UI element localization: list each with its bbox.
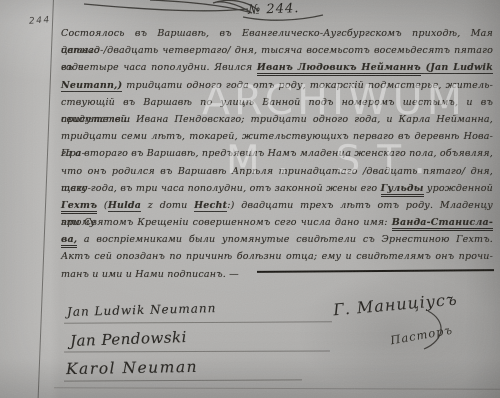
manuscript-line: въ четыре часа пополудни. Явился Иванъ Л… [61, 59, 493, 76]
manuscript-text: танъ и ими и Нами подписанъ. — [61, 269, 239, 280]
manuscript-body: Состоялось въ Варшавѣ, въ Евангелическо-… [61, 25, 493, 283]
underlined-name: Ванда-Станисла- [392, 217, 493, 231]
signature-witness-1: Jan Pendowski [70, 328, 187, 350]
manuscript-text: Актъ сей опозданъ по причинѣ болѣзни отц… [61, 251, 493, 262]
bottom-ruled-line [54, 387, 500, 390]
manuscript-text: а воспріемниками были упомянутые свидѣте… [77, 234, 493, 245]
manuscript-line: Состоялось въ Варшавѣ, въ Евангелическо-… [61, 25, 493, 42]
document-photo: 244 № 244. Состоялось въ Варшавѣ, въ Ева… [0, 0, 500, 398]
manuscript-line: Актъ сей опозданъ по причинѣ болѣзни отц… [61, 248, 493, 265]
manuscript-text: z domu [141, 200, 194, 211]
manuscript-line: Гехтъ (Hulda z domu Hecht:) двадцати тре… [61, 197, 493, 214]
signature-father: Jan Ludwik Neumann [67, 301, 217, 319]
manuscript-line: тридцати семи лѣтъ, токарей, жительствую… [61, 128, 493, 145]
manuscript-text: въ четыре часа пополудни. Явился [61, 62, 257, 73]
manuscript-text: тридцати одного года отъ роду, токарскій… [122, 80, 493, 91]
signature-pastor: Г. Маниціусъ [332, 290, 458, 320]
manuscript-text: щаго года, въ три часа пополудни, отъ за… [61, 183, 381, 194]
manuscript-text: при Святомъ Крещеніи совершенномъ сего ч… [61, 217, 392, 228]
manuscript-line: ва, а воспріемниками были упомянутые сви… [61, 231, 493, 248]
manuscript-line: Neumann,) тридцати одного года отъ роду,… [61, 77, 493, 94]
manuscript-line: танъ и ими и Нами подписанъ. — [61, 266, 493, 283]
signature-rule [64, 351, 330, 353]
manuscript-line: цатаго /двадцать четвертаго/ дня, тысяча… [61, 42, 493, 59]
margin-number: 244 [29, 15, 51, 26]
underlined-name: (Jan Ludwik [421, 62, 493, 74]
manuscript-text: ( [97, 200, 108, 211]
signature-witness-2: Karol Neuman [66, 358, 198, 378]
pastor-title: Пасторъ [389, 323, 454, 348]
underlined-name: Иванъ Людовикъ Нейманнъ [257, 62, 421, 76]
underlined-name: Neumann,) [61, 80, 122, 92]
underlined-name: Hecht [194, 200, 227, 212]
manuscript-text: свидѣтелей: Ивана Пендовскаго; тридцати … [61, 114, 493, 125]
signature-rule [64, 379, 302, 381]
manuscript-line: щаго года, въ три часа пополудни, отъ за… [61, 180, 493, 197]
manuscript-line: га а втораго въ Варшавѣ, предъявилъ Намъ… [61, 145, 493, 162]
manuscript-text: урожденной [424, 183, 493, 194]
underlined-name: ва, [61, 234, 77, 248]
manuscript-line: свидѣтелей: Ивана Пендовскаго; тридцати … [61, 111, 493, 128]
manuscript-line: что онъ родился въ Варшавѣ Апрѣля тринад… [61, 163, 493, 180]
manuscript-line: ствующій въ Варшавѣ по улицѣ Ванной подъ… [61, 94, 493, 111]
record-number: № 244. [248, 1, 300, 18]
margin-rule [37, 0, 54, 398]
underlined-name: Hulda [108, 200, 141, 212]
signature-rule [64, 321, 332, 323]
manuscript-text: га а втораго въ Варшавѣ, предъявилъ Намъ… [61, 148, 493, 159]
underlined-name: Гульды [381, 183, 424, 197]
underlined-name: Гехтъ [61, 200, 97, 214]
manuscript-line: при Святомъ Крещеніи совершенномъ сего ч… [61, 214, 493, 231]
